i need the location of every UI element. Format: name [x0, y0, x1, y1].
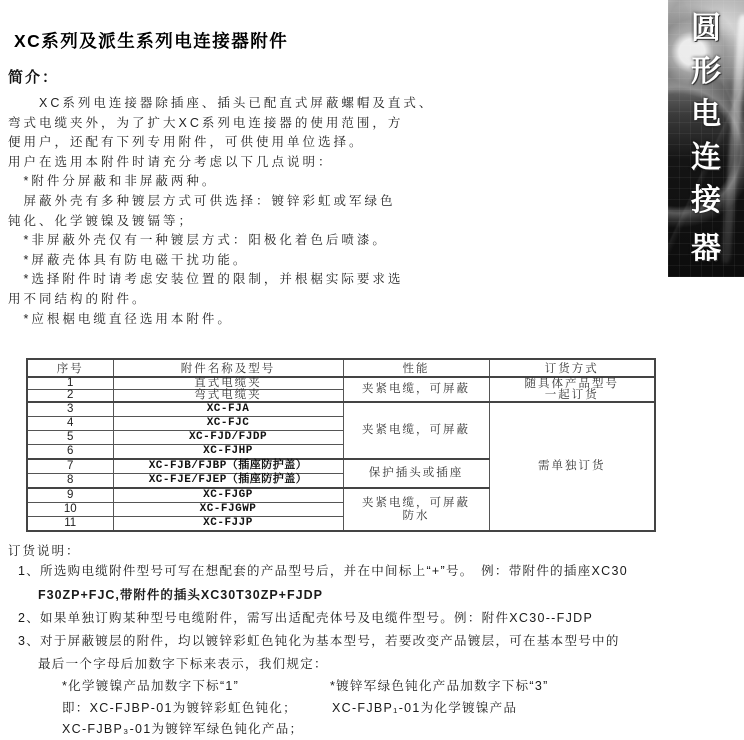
cell-serial: 7 — [27, 459, 113, 474]
ordering-example-nickel: XC-FJBP₁-01为化学镀镍产品 — [332, 698, 517, 716]
intro-line: *附件分屏蔽和非屏蔽两种。 — [8, 172, 438, 192]
cell-name: 直式电缆夹 — [113, 377, 343, 390]
cell-performance: 夹紧电缆，可屏蔽 — [343, 402, 489, 459]
header-serial: 序号 — [27, 359, 113, 377]
side-banner-circular-connector: 圆 形 电 连 接 器 — [668, 0, 744, 277]
cell-name: XC-FJE/FJEP（插座防护盖） — [113, 474, 343, 489]
intro-line: *非屏蔽外壳仅有一种镀层方式：阳极化着色后喷漆。 — [8, 231, 438, 251]
intro-line: *应根椐电缆直径选用本附件。 — [8, 310, 438, 330]
cell-serial: 2 — [27, 390, 113, 403]
intro-line: 用不同结构的附件。 — [8, 290, 438, 310]
cell-serial: 11 — [27, 517, 113, 532]
cell-serial: 4 — [27, 417, 113, 431]
ordering-note-green: *镀锌军绿色钝化产品加数字下标“3” — [330, 676, 549, 694]
cell-name: XC-FJA — [113, 402, 343, 417]
intro-line: 屏蔽外壳有多种镀层方式可供选择：镀锌彩虹或军绿色 — [8, 192, 438, 212]
cell-order-mode: 需单独订货 — [489, 402, 655, 531]
ordering-item3-line1: 3、对于屏蔽镀层的附件，均以镀锌彩虹色钝化为基本型号，若要改变产品镀层，可在基本… — [18, 631, 620, 649]
cell-serial: 5 — [27, 431, 113, 445]
banner-char: 形 — [691, 50, 721, 93]
cell-name: XC-FJC — [113, 417, 343, 431]
accessory-table-container: 序号 附件名称及型号 性能 订货方式 1 直式电缆夹 夹紧电缆，可屏蔽 随具体产… — [26, 358, 656, 532]
ordering-heading: 订货说明： — [8, 541, 81, 559]
ordering-item1-line1: 1、所选购电缆附件型号可写在想配套的产品型号后，并在中间标上“+”号。 例：带附… — [18, 561, 628, 579]
banner-char: 连 — [691, 136, 721, 179]
cell-name: XC-FJGP — [113, 488, 343, 503]
table-row: 3 XC-FJA 夹紧电缆，可屏蔽 需单独订货 — [27, 402, 655, 417]
intro-heading: 简介： — [8, 66, 59, 87]
cell-serial: 10 — [27, 503, 113, 517]
cell-serial: 3 — [27, 402, 113, 417]
cell-performance: 夹紧电缆，可屏蔽 — [343, 377, 489, 402]
header-performance: 性能 — [343, 359, 489, 377]
intro-line: 钝化、化学镀镍及镀镉等； — [8, 212, 438, 232]
cell-name: 弯式电缆夹 — [113, 390, 343, 403]
cell-order-mode: 随具体产品型号 一起订货 — [489, 377, 655, 402]
cell-performance: 保护插头或插座 — [343, 459, 489, 488]
ordering-example-green: XC-FJBP₃-01为镀锌军绿色钝化产品； — [62, 719, 303, 737]
ordering-item1-line2: F30ZP+FJC,带附件的插头XC30T30ZP+FJDP — [38, 585, 323, 603]
banner-char: 圆 — [691, 7, 721, 50]
intro-line: *屏蔽壳体具有防电磁干扰功能。 — [8, 251, 438, 271]
cell-name: XC-FJGWP — [113, 503, 343, 517]
banner-char: 器 — [691, 227, 721, 270]
intro-line: XC系列电连接器除插座、插头已配直式屏蔽螺帽及直式、 — [8, 94, 438, 114]
intro-line: *选择附件时请考虑安装位置的限制，并根椐实际要求选 — [8, 270, 438, 290]
table-header-row: 序号 附件名称及型号 性能 订货方式 — [27, 359, 655, 377]
header-name-model: 附件名称及型号 — [113, 359, 343, 377]
accessory-table: 序号 附件名称及型号 性能 订货方式 1 直式电缆夹 夹紧电缆，可屏蔽 随具体产… — [26, 358, 656, 532]
table-row: 1 直式电缆夹 夹紧电缆，可屏蔽 随具体产品型号 一起订货 — [27, 377, 655, 390]
banner-char: 电 — [691, 93, 721, 136]
cell-name: XC-FJD/FJDP — [113, 431, 343, 445]
ordering-note-nickel: *化学镀镍产品加数字下标“1” — [62, 676, 239, 694]
ordering-item3-line2: 最后一个字母后加数字下标来表示，我们规定： — [38, 654, 328, 672]
cell-serial: 1 — [27, 377, 113, 390]
catalog-page: XC系列及派生系列电连接器附件 简介： XC系列电连接器除插座、插头已配直式屏蔽… — [0, 0, 744, 740]
intro-paragraph: XC系列电连接器除插座、插头已配直式屏蔽螺帽及直式、 弯式电缆夹外，为了扩大XC… — [8, 94, 438, 329]
cell-performance: 夹紧电缆，可屏蔽 防水 — [343, 488, 489, 531]
ordering-example-base: 即：XC-FJBP-01为镀锌彩虹色钝化； — [62, 698, 297, 716]
intro-line: 弯式电缆夹外，为了扩大XC系列电连接器的使用范围，方 — [8, 114, 438, 134]
intro-line: 用户在选用本附件时请充分考虑以下几点说明： — [8, 153, 438, 173]
cell-serial: 6 — [27, 445, 113, 460]
cell-name: XC-FJB/FJBP（插座防护盖） — [113, 459, 343, 474]
ordering-item2: 2、如果单独订购某种型号电缆附件，需写出适配壳体号及电缆件型号。例：附件XC30… — [18, 608, 593, 626]
cell-serial: 8 — [27, 474, 113, 489]
cell-serial: 9 — [27, 488, 113, 503]
page-title: XC系列及派生系列电连接器附件 — [14, 28, 288, 53]
banner-char: 接 — [691, 179, 721, 222]
banner-vertical-text: 圆 形 电 连 接 器 — [668, 7, 744, 270]
header-order-mode: 订货方式 — [489, 359, 655, 377]
cell-name: XC-FJHP — [113, 445, 343, 460]
intro-line: 便用户，还配有下列专用附件，可供使用单位选择。 — [8, 133, 438, 153]
cell-name: XC-FJJP — [113, 517, 343, 532]
